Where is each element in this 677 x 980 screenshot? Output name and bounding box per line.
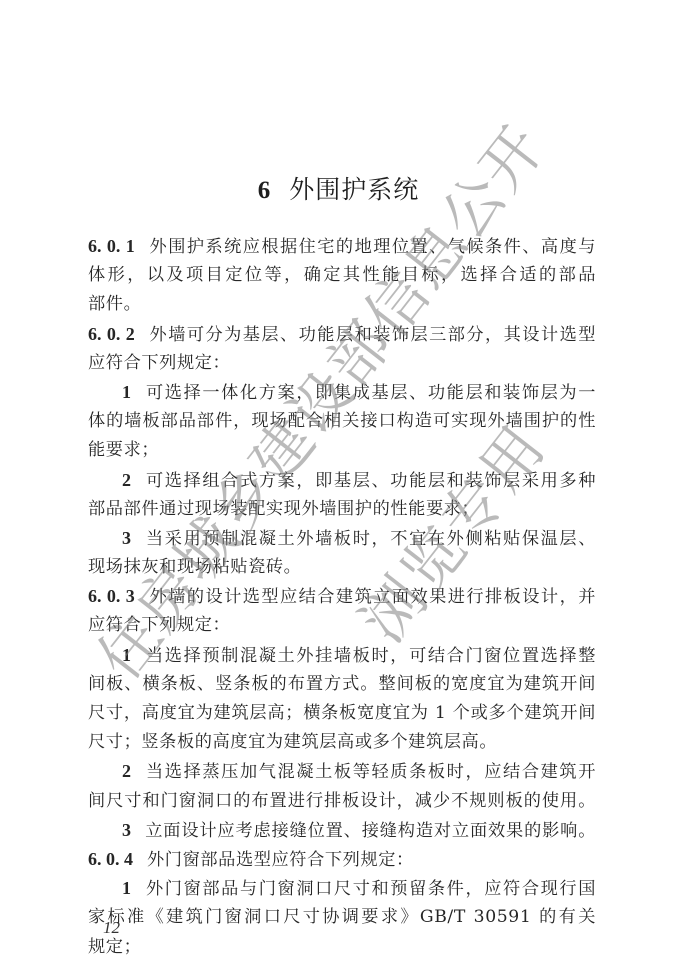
text-line: 家标准《建筑门窗洞口尺寸协调要求》GB/T 30591 的有关	[88, 903, 596, 932]
line-text: 应符合下列规定：	[88, 353, 230, 373]
text-line: 体形，以及项目定位等，确定其性能目标，选择合适的部品	[88, 261, 596, 290]
page-number: 12	[103, 918, 120, 938]
clause-line: 6. 0. 2外墙可分为基层、功能层和装饰层三部分，其设计选型	[88, 320, 596, 349]
text-line: 部件。	[88, 290, 596, 319]
text-line: 能要求；	[88, 436, 596, 465]
clause-line: 6. 0. 4外门窗部品选型应符合下列规定：	[88, 845, 596, 874]
line-text: 立面设计应考虑接缝位置、接缝构造对立面效果的影响。	[145, 821, 596, 841]
text-line: 体的墙板部品部件，现场配合相关接口构造可实现外墙围护的性	[88, 407, 596, 436]
line-text: 外墙的设计选型应结合建筑立面效果进行排板设计，并	[149, 587, 596, 607]
item-number: 2	[122, 761, 131, 781]
line-text: 应符合下列规定：	[88, 615, 230, 635]
item-line: 1外门窗部品与门窗洞口尺寸和预留条件，应符合现行国	[88, 874, 596, 903]
line-text: 家标准《建筑门窗洞口尺寸协调要求》GB/T 30591 的有关	[88, 907, 596, 927]
line-text: 可选择组合式方案，即基层、功能层和装饰层采用多种	[145, 471, 596, 491]
clause-number: 6. 0. 4	[88, 849, 133, 869]
line-text: 现场抹灰和现场粘贴瓷砖。	[88, 557, 301, 577]
text-line: 尺寸，高度宜为建筑层高；横条板宽度宜为 1 个或多个建筑开间	[88, 699, 596, 728]
text-line: 尺寸；竖条板的高度宜为建筑层高或多个建筑层高。	[88, 728, 596, 757]
body-text: 6. 0. 1外围护系统应根据住宅的地理位置、气候条件、高度与体形，以及项目定位…	[88, 232, 596, 962]
item-line: 3当采用预制混凝土外墙板时，不宜在外侧粘贴保温层、	[88, 524, 596, 553]
line-text: 间尺寸和门窗洞口的布置进行排板设计，减少不规则板的使用。	[88, 791, 596, 811]
text-line: 应符合下列规定：	[88, 611, 596, 640]
line-text: 体的墙板部品部件，现场配合相关接口构造可实现外墙围护的性	[88, 411, 596, 431]
line-text: 当选择蒸压加气混凝土板等轻质条板时，应结合建筑开	[145, 762, 596, 782]
line-text: 外门窗部品选型应符合下列规定：	[147, 850, 414, 870]
item-line: 2可选择组合式方案，即基层、功能层和装饰层采用多种	[88, 466, 596, 495]
line-text: 外墙可分为基层、功能层和装饰层三部分，其设计选型	[149, 325, 596, 345]
line-text: 外围护系统应根据住宅的地理位置、气候条件、高度与	[149, 237, 596, 257]
line-text: 尺寸，高度宜为建筑层高；横条板宽度宜为 1 个或多个建筑开间	[88, 703, 596, 723]
chapter-heading: 6外围护系统	[0, 170, 677, 206]
item-line: 1当选择预制混凝土外挂墙板时，可结合门窗位置选择整	[88, 641, 596, 670]
text-line: 现场抹灰和现场粘贴瓷砖。	[88, 553, 596, 582]
item-line: 3立面设计应考虑接缝位置、接缝构造对立面效果的影响。	[88, 816, 596, 845]
line-text: 尺寸；竖条板的高度宜为建筑层高或多个建筑层高。	[88, 732, 497, 752]
line-text: 能要求；	[88, 440, 159, 460]
clause-number: 6. 0. 2	[88, 324, 135, 344]
line-text: 部件。	[88, 294, 141, 314]
line-text: 部品部件通过现场装配实现外墙围护的性能要求；	[88, 499, 479, 519]
item-number: 3	[122, 528, 131, 548]
text-line: 应符合下列规定：	[88, 349, 596, 378]
item-line: 2当选择蒸压加气混凝土板等轻质条板时，应结合建筑开	[88, 757, 596, 786]
text-line: 部品部件通过现场装配实现外墙围护的性能要求；	[88, 495, 596, 524]
clause-line: 6. 0. 3外墙的设计选型应结合建筑立面效果进行排板设计，并	[88, 582, 596, 611]
clause-number: 6. 0. 1	[88, 236, 135, 256]
clause-line: 6. 0. 1外围护系统应根据住宅的地理位置、气候条件、高度与	[88, 232, 596, 261]
item-line: 1可选择一体化方案，即集成基层、功能层和装饰层为一	[88, 378, 596, 407]
line-text: 可选择一体化方案，即集成基层、功能层和装饰层为一	[145, 383, 596, 403]
text-line: 间板、横条板、竖条板的布置方式。整间板的宽度宜为建筑开间	[88, 670, 596, 699]
item-number: 1	[122, 878, 131, 898]
item-number: 1	[122, 382, 131, 402]
item-number: 2	[122, 470, 131, 490]
line-text: 当采用预制混凝土外墙板时，不宜在外侧粘贴保温层、	[145, 529, 596, 549]
item-number: 1	[122, 645, 131, 665]
text-line: 规定；	[88, 933, 596, 962]
line-text: 规定；	[88, 937, 141, 957]
line-text: 间板、横条板、竖条板的布置方式。整间板的宽度宜为建筑开间	[88, 674, 596, 694]
line-text: 当选择预制混凝土外挂墙板时，可结合门窗位置选择整	[145, 646, 596, 666]
document-page: 6外围护系统 6. 0. 1外围护系统应根据住宅的地理位置、气候条件、高度与体形…	[0, 0, 677, 980]
item-number: 3	[122, 820, 131, 840]
clause-number: 6. 0. 3	[88, 586, 135, 606]
chapter-title: 外围护系统	[289, 175, 419, 204]
line-text: 外门窗部品与门窗洞口尺寸和预留条件，应符合现行国	[145, 879, 596, 899]
chapter-number: 6	[258, 177, 272, 204]
text-line: 间尺寸和门窗洞口的布置进行排板设计，减少不规则板的使用。	[88, 787, 596, 816]
line-text: 体形，以及项目定位等，确定其性能目标，选择合适的部品	[88, 265, 596, 285]
